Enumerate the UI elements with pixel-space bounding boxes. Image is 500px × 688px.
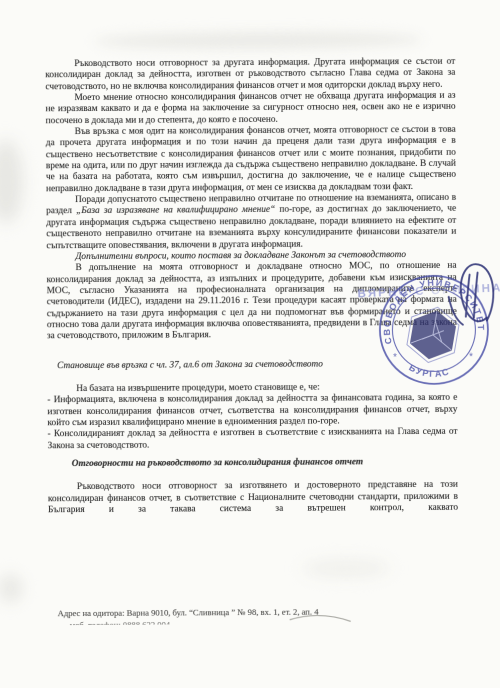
paragraph-ides-procedures: В допълнение на моята отговорност и докл… — [47, 261, 457, 343]
paragraph-misstatement: Поради допуснатото съществено неправилно… — [46, 193, 456, 252]
scan-smudge — [301, 559, 391, 578]
scanned-page: { "page": {"kind": "Одиторски доклад — с… — [0, 0, 500, 688]
scan-smudge — [0, 139, 23, 223]
document-body: Ръководството носи отговорност за другат… — [45, 57, 458, 517]
scan-smudge — [0, 573, 24, 603]
auditor-address-footer: Адрес на одитора: Варна 9010, бул. “Слив… — [58, 605, 458, 625]
scan-layer: Ръководството носи отговорност за другат… — [0, 0, 500, 688]
paragraph-other-information: Ръководството носи отговорност за другат… — [45, 57, 455, 94]
paragraph-audit-responsibility: Във връзка с моя одит на консолидирания … — [46, 125, 456, 196]
scan-smudge — [0, 293, 20, 327]
opinion-list-item-2: - Консолидираният доклад за дейността е … — [48, 427, 458, 452]
opinion-list-item-1: - Информацията, включена в консолидирани… — [47, 393, 457, 430]
section-heading-opinion-art37: Становище във връзка с чл. 37, ал.6 от З… — [47, 358, 457, 372]
section-heading-management-responsibilities: Отговорности на ръководството за консоли… — [48, 457, 458, 471]
stamp-star-right: * — [469, 352, 473, 363]
auditor-phone-clipped: моб. телефон: 0888 622 004 — [58, 617, 458, 625]
paragraph-opinion-scope: Моето мнение относно консолидирания фина… — [45, 91, 455, 128]
quoted-section-title: „База за изразяване на квалифицирано мне… — [76, 205, 275, 216]
scan-smudge — [93, 31, 423, 50]
paragraph-management-responsibility: Ръководството носи отговорност за изготв… — [48, 480, 458, 517]
